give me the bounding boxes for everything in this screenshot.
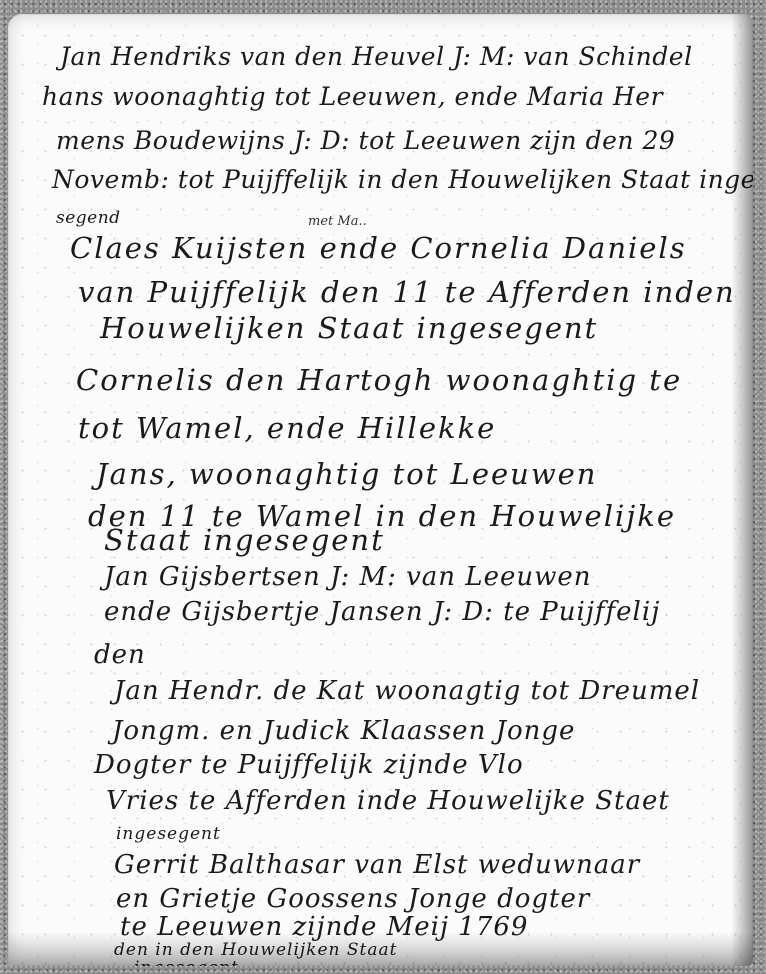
handwritten-text: Jan Hendriks van den Heuvel J: M: van Sc…	[8, 14, 753, 966]
entry-line: Staat ingesegent	[104, 526, 385, 555]
entry-line: Jan Gijsbertsen J: M: van Leeuwen	[104, 564, 591, 590]
entry-line: ingesegent	[116, 826, 221, 843]
entry-line: te Leeuwen zijnde Meij 1769	[120, 914, 528, 940]
entry-line: tot Wamel, ende Hillekke	[78, 414, 496, 443]
entry-line: ende Gijsbertje Jansen J: D: te Puijffel…	[104, 599, 660, 625]
entry-line: Jan Hendriks van den Heuvel J: M: van Sc…	[60, 44, 693, 69]
entry-line: den in den Houwelijken Staat	[114, 942, 397, 959]
entry-line: Novemb: tot Puijffelijk in den Houwelijk…	[52, 167, 753, 192]
entry-line: Houwelijken Staat ingesegent	[100, 314, 598, 343]
entry-line: Claes Kuijsten ende Cornelia Daniels	[70, 234, 687, 263]
entry-line: den	[94, 642, 146, 668]
entry-line: mens Boudewijns J: D: tot Leeuwen zijn d…	[56, 128, 675, 153]
entry-line: hans woonaghtig tot Leeuwen, ende Maria …	[42, 84, 663, 109]
entry-line: segend	[56, 210, 121, 227]
entry-line: en Grietje Goossens Jonge dogter	[116, 886, 590, 912]
margin-note: met Ma..	[308, 214, 367, 229]
entry-line: ingesegent	[134, 960, 239, 966]
register-page: Jan Hendriks van den Heuvel J: M: van Sc…	[8, 14, 753, 966]
entry-line: Dogter te Puijffelijk zijnde Vlo	[94, 752, 524, 778]
entry-line: Cornelis den Hartogh woonaghtig te	[76, 366, 682, 395]
entry-line: van Puijffelijk den 11 te Afferden inden	[78, 278, 736, 307]
entry-line: Vries te Afferden inde Houwelijke Staet	[106, 788, 670, 814]
entry-line: Jans, woonaghtig tot Leeuwen	[96, 460, 597, 489]
entry-line: Gerrit Balthasar van Elst weduwnaar	[114, 852, 640, 878]
entry-line: Jongm. en Judick Klaassen Jonge	[112, 718, 575, 744]
entry-line: Jan Hendr. de Kat woonagtig tot Dreumel	[114, 678, 700, 704]
